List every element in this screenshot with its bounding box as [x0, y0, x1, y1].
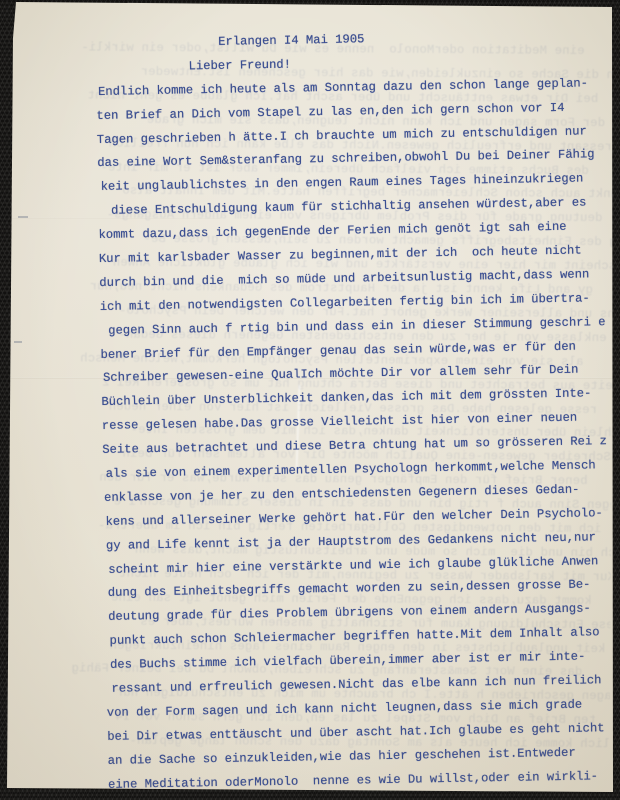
- letter-text: Erlangen I4 Mai 1905 Lieber Freund! Endl…: [95, 24, 620, 797]
- letter-body: Endlich komme ich heute als am Sonntag d…: [96, 72, 620, 798]
- stray-mark: [18, 216, 28, 218]
- letter-page: eine Meditation oderMonolo nenne es wie …: [0, 0, 620, 800]
- stray-mark: [14, 341, 22, 343]
- photo-background: { "document": { "kind": "typewritten-let…: [0, 0, 620, 800]
